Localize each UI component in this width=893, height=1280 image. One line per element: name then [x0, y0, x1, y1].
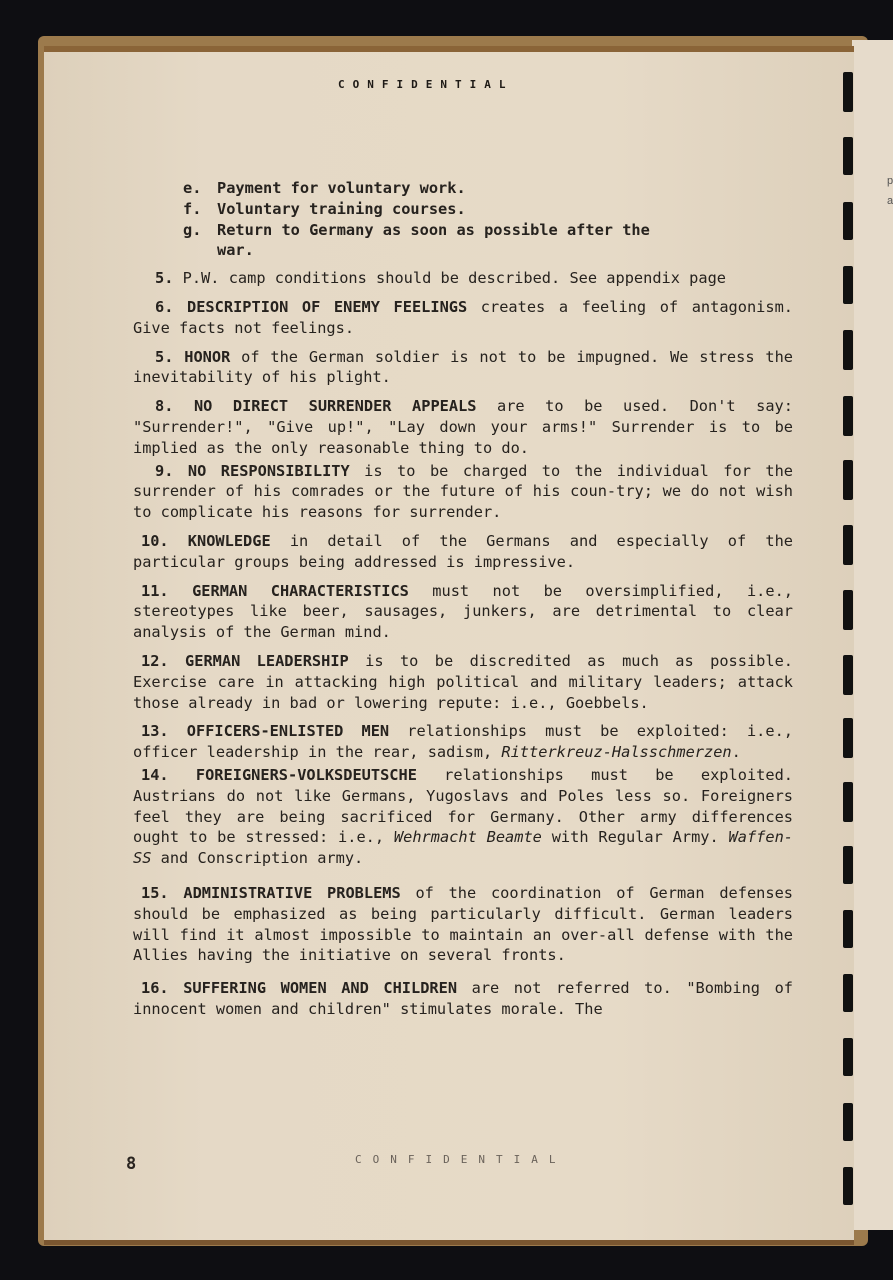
paragraph-13: 13. OFFICERS-ENLISTED MEN relationships …: [133, 721, 793, 763]
list-text: Voluntary training courses.: [217, 199, 466, 220]
paragraph-16: 16. SUFFERING WOMEN AND CHILDREN are not…: [133, 978, 793, 1020]
list-text: Return to Germany as soon as possible af…: [217, 220, 657, 262]
page-number: 8: [126, 1154, 136, 1174]
page-body: e. Payment for voluntary work. f. Volunt…: [133, 178, 793, 1028]
paragraph-6: 6. DESCRIPTION OF ENEMY FEELINGS creates…: [133, 297, 793, 339]
binding-ring: [843, 974, 853, 1012]
paragraph-number: 12.: [133, 652, 169, 670]
paragraph-number: 15.: [133, 884, 169, 902]
page-footer: CONFIDENTIAL: [355, 1153, 566, 1166]
binding-ring: [843, 396, 853, 436]
binding-ring: [843, 1103, 853, 1141]
paragraph-number: 13.: [133, 722, 169, 740]
page-header: CONFIDENTIAL: [338, 78, 513, 91]
paragraph-number: 10.: [133, 532, 169, 550]
paragraph-heading: DESCRIPTION OF ENEMY FEELINGS: [187, 298, 467, 316]
paragraph-number: 11.: [133, 582, 169, 600]
list-letter: f.: [183, 199, 217, 220]
facing-page: p a: [852, 40, 893, 1230]
paragraph-14: 14. FOREIGNERS-VOLKSDEUTSCHE relationshi…: [133, 765, 793, 869]
list-item: e. Payment for voluntary work.: [183, 178, 793, 199]
binding-ring: [843, 460, 853, 500]
list-item: f. Voluntary training courses.: [183, 199, 793, 220]
binding-ring: [843, 266, 853, 304]
binding-ring: [843, 846, 853, 884]
binding-ring: [843, 910, 853, 948]
paragraph-number: 5.: [133, 348, 173, 366]
paragraph-heading: GERMAN LEADERSHIP: [185, 652, 349, 670]
facing-page-fragment: a: [887, 195, 893, 207]
binding-ring: [843, 718, 853, 758]
paragraph-heading: ADMINISTRATIVE PROBLEMS: [183, 884, 400, 902]
paragraph-heading: GERMAN CHARACTERISTICS: [192, 582, 409, 600]
paragraph-tail: .: [732, 743, 741, 761]
paragraph-number: 16.: [133, 979, 169, 997]
binding-ring: [843, 330, 853, 370]
paragraph-heading: HONOR: [184, 348, 230, 366]
binding-ring: [843, 655, 853, 695]
paragraph-heading: KNOWLEDGE: [188, 532, 271, 550]
list-letter: e.: [183, 178, 217, 199]
list-letter: g.: [183, 220, 217, 262]
binding-ring: [843, 782, 853, 822]
paragraph-honor: 5. HONOR of the German soldier is not to…: [133, 347, 793, 389]
paragraph-12: 12. GERMAN LEADERSHIP is to be discredit…: [133, 651, 793, 713]
paragraph-text: of the German soldier is not to be impug…: [133, 348, 793, 387]
paragraph-italic: Wehrmacht Beamte: [394, 828, 542, 846]
paragraph-number: 6.: [133, 298, 173, 316]
paragraph-number: 14.: [133, 766, 169, 784]
paragraph-11: 11. GERMAN CHARACTERISTICS must not be o…: [133, 581, 793, 643]
paragraph-15: 15. ADMINISTRATIVE PROBLEMS of the coord…: [133, 883, 793, 966]
binding-ring: [843, 137, 853, 175]
paragraph-number: 5.: [133, 269, 173, 287]
facing-page-fragment: p: [887, 175, 893, 187]
paragraph-heading: SUFFERING WOMEN AND CHILDREN: [183, 979, 457, 997]
paragraph-heading: FOREIGNERS-VOLKSDEUTSCHE: [196, 766, 417, 784]
binding-ring: [843, 590, 853, 630]
paragraph-10: 10. KNOWLEDGE in detail of the Germans a…: [133, 531, 793, 573]
paragraph-8: 8. NO DIRECT SURRENDER APPEALS are to be…: [133, 396, 793, 458]
binding-ring: [843, 72, 853, 112]
binding-ring: [843, 202, 853, 240]
list-item: g. Return to Germany as soon as possible…: [183, 220, 793, 262]
list-text: Payment for voluntary work.: [217, 178, 466, 199]
paragraph-9: 9. NO RESPONSIBILITY is to be charged to…: [133, 461, 793, 523]
paragraph-heading: NO DIRECT SURRENDER APPEALS: [194, 397, 477, 415]
binding-ring: [843, 525, 853, 565]
binding-ring: [843, 1167, 853, 1205]
paragraph-text: P.W. camp conditions should be described…: [183, 269, 726, 287]
paragraph-heading: OFFICERS-ENLISTED MEN: [187, 722, 389, 740]
sub-list: e. Payment for voluntary work. f. Volunt…: [183, 178, 793, 261]
paragraph-tail: with Regular Army.: [542, 828, 729, 846]
paragraph-heading: NO RESPONSIBILITY: [188, 462, 350, 480]
paragraph-italic: Ritterkreuz-Halsschmerzen: [501, 743, 731, 761]
paragraph-number: 8.: [133, 397, 173, 415]
binding-ring: [843, 1038, 853, 1076]
paragraph-5: 5. P.W. camp conditions should be descri…: [133, 268, 793, 289]
paragraph-tail: and Conscription army.: [151, 849, 363, 867]
paragraph-number: 9.: [133, 462, 173, 480]
